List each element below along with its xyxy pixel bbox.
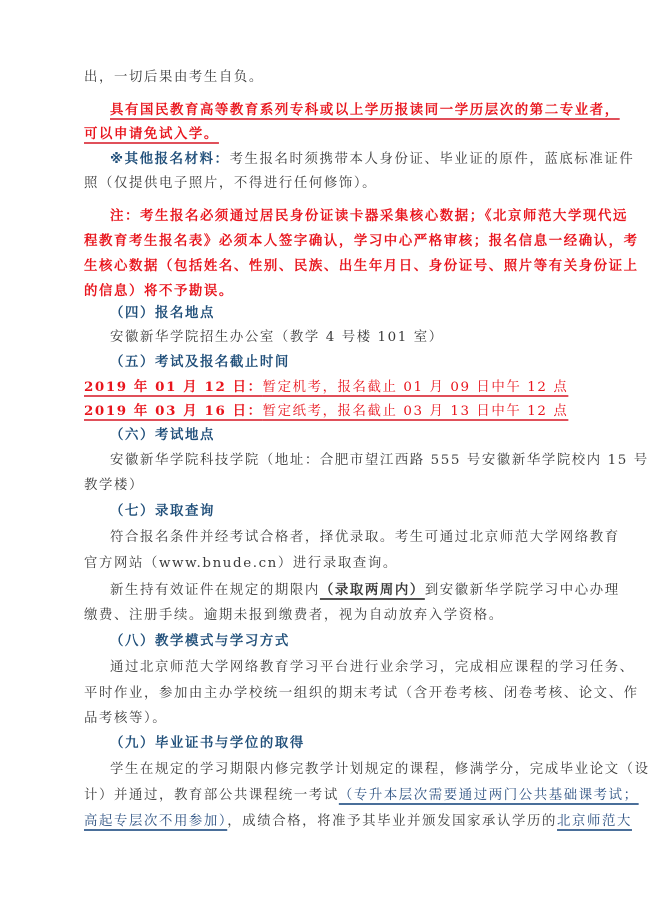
note-line: 注：考生报名必须通过居民身份证读卡器采集核心数据；《北京师范大学现代远 — [110, 206, 628, 226]
exam-date: 2019 年 03 月 16 日： — [84, 403, 263, 419]
exemption-line-2: 可以申请免试入学。 — [84, 124, 219, 144]
emphasis-text: （录取两周内） — [320, 582, 425, 598]
exam-date-text: 暂定机考，报名截止 01 月 09 日中午 12 点 — [263, 380, 569, 395]
materials-text: 考生报名时须携带本人身份证、毕业证的原件，蓝底标准证件 — [230, 152, 635, 167]
emphasis-text: 高起专层次不用参加） — [84, 814, 227, 829]
paragraph-line: 照（仅提供电子照片，不得进行任何修饰）。 — [84, 174, 377, 194]
exam-date-text: 暂定纸考，报名截止 03 月 13 日中午 12 点 — [263, 404, 569, 419]
note-line: 的信息）将不予勘误。 — [84, 281, 234, 301]
exemption-text: 具有国民教育高等教育系列专科或以上学历报读同一学历层次的第二专业者， — [110, 102, 620, 118]
text-span: 到安徽新华学院学习中心办理 — [425, 583, 620, 598]
paragraph-line: 高起专层次不用参加），成绩合格，将准予其毕业并颁发国家承认学历的北京师范大 — [84, 812, 632, 832]
paragraph-line: 出，一切后果由考生自负。 — [84, 68, 264, 88]
exam-date: 2019 年 01 月 12 日： — [84, 379, 263, 395]
note-line: 生核心数据（包括姓名、性别、民族、出生年月日、身份证号、照片等有关身份证上 — [84, 256, 639, 276]
paragraph-line: 计）并通过，教育部公共课程统一考试（专升本层次需要通过两门公共基础课考试； — [84, 786, 639, 806]
emphasis-text: （专升本层次需要通过两门公共基础课考试； — [339, 788, 639, 803]
paragraph-line: 新生持有效证件在规定的期限内（录取两周内）到安徽新华学院学习中心办理 — [110, 580, 620, 601]
section-heading-7: （七）录取查询 — [110, 502, 215, 522]
paragraph-line: 平时作业，参加由主办学校统一组织的期末考试（含开卷考核、闭卷考核、论文、作 — [84, 684, 639, 704]
exam-date-2: 2019 年 03 月 16 日：暂定纸考，报名截止 03 月 13 日中午 1… — [84, 401, 568, 422]
section-heading-9: （九）毕业证书与学位的取得 — [110, 734, 305, 754]
exemption-line-1: 具有国民教育高等教育系列专科或以上学历报读同一学历层次的第二专业者， — [110, 100, 620, 120]
note-line: 程教育考生报名表》必须本人签字确认，学习中心严格审核；报名信息一经确认，考 — [84, 231, 639, 251]
text-span: 新生持有效证件在规定的期限内 — [110, 583, 320, 598]
section-heading-8: （八）教学模式与学习方式 — [110, 632, 290, 652]
paragraph-line: 官方网站（www.bnude.cn）进行录取查询。 — [84, 554, 398, 574]
exemption-text: 可以申请免试入学。 — [84, 126, 219, 142]
paragraph-line: 缴费、注册手续。逾期未报到缴费者，视为自动放弃入学资格。 — [84, 606, 504, 626]
paragraph-line: 学生在规定的学习期限内修完教学计划规定的课程，修满学分，完成毕业论文（设 — [110, 760, 650, 780]
section-heading-6: （六）考试地点 — [110, 426, 215, 446]
text-span: ，成绩合格，将准予其毕业并颁发国家承认学历的 — [227, 814, 557, 829]
emphasis-text: 北京师范大 — [557, 814, 632, 829]
section-heading-5: （五）考试及报名截止时间 — [110, 353, 290, 373]
exam-date-1: 2019 年 01 月 12 日：暂定机考，报名截止 01 月 09 日中午 1… — [84, 377, 568, 398]
materials-label: ※其他报名材料： — [110, 152, 230, 167]
paragraph-line: 品考核等）。 — [84, 709, 167, 729]
paragraph-line: 通过北京师范大学网络教育学习平台进行业余学习，完成相应课程的学习任务、 — [110, 658, 635, 678]
paragraph-line: 安徽新华学院科技学院（地址：合肥市望江西路 555 号安徽新华学院校内 15 号 — [110, 451, 649, 471]
paragraph-line: 符合报名条件并经考试合格者，择优录取。考生可通过北京师范大学网络教育 — [110, 528, 620, 548]
paragraph-line: 安徽新华学院招生办公室（教学 4 号楼 101 室） — [110, 328, 444, 348]
materials-line: ※其他报名材料：考生报名时须携带本人身份证、毕业证的原件，蓝底标准证件 — [110, 150, 634, 170]
paragraph-line: 教学楼） — [84, 476, 144, 496]
section-heading-4: （四）报名地点 — [110, 304, 215, 324]
text-span: 计）并通过，教育部公共课程统一考试 — [84, 788, 339, 803]
